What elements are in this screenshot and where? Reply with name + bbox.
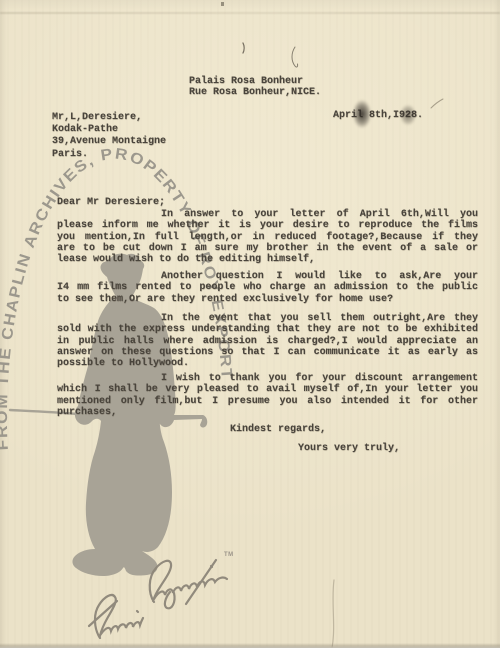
body-paragraph: I wish to thank you for your discount ar… bbox=[57, 373, 478, 418]
text-line: purchases, bbox=[57, 407, 478, 418]
text-line: Another question I would like to ask,Are… bbox=[57, 271, 478, 282]
text-line: mentioned only film,but I presume you al… bbox=[57, 396, 478, 407]
text-line: Kodak-Pathe bbox=[52, 124, 166, 136]
text-line: lease would wish to do the editing himse… bbox=[57, 254, 478, 265]
text-line: In the event that you sell them outright… bbox=[57, 313, 478, 324]
text-line: to see them,Or are they rented exclusive… bbox=[57, 294, 478, 305]
letter-page: FROM THE CHAPLIN ARCHIVES, PROPERTY OF R… bbox=[0, 0, 500, 648]
body-paragraph: Another question I would like to ask,Are… bbox=[57, 271, 478, 305]
text-line: possible to Hollywood. bbox=[57, 358, 478, 369]
text-line: are to be cut down I am sure my brother … bbox=[57, 243, 478, 254]
recipient-address: Mr,L,Deresiere,Kodak-Pathe39,Avenue Mont… bbox=[52, 112, 166, 161]
text-line: answer on these questions so that I can … bbox=[57, 347, 478, 358]
ink-smudge bbox=[397, 101, 419, 129]
body-paragraph: In the event that you sell them outright… bbox=[57, 313, 478, 369]
body-paragraph: In answer to your letter of April 6th,Wi… bbox=[57, 209, 478, 265]
text-line: Rue Rosa Bonheur,NICE. bbox=[189, 87, 321, 98]
text-line: which I shall be very pleased to avail m… bbox=[57, 384, 478, 395]
trademark-symbol: TM bbox=[224, 552, 234, 558]
closing-valediction: Yours very truly, bbox=[298, 443, 400, 454]
salutation: Dear Mr Deresiere; bbox=[57, 197, 165, 208]
text-line: 39,Avenue Montaigne bbox=[52, 136, 166, 148]
text-line: in public halls where admission is charg… bbox=[57, 336, 478, 347]
text-line: Palais Rosa Bonheur bbox=[189, 76, 321, 87]
text-line: I wish to thank you for your discount ar… bbox=[57, 373, 478, 384]
text-line: I4 mm films rented to people who charge … bbox=[57, 282, 478, 293]
paper-bottom-edge bbox=[0, 643, 500, 648]
text-line: you mention,In full length,or in reduced… bbox=[57, 232, 478, 243]
closing-regards: Kindest regards, bbox=[230, 424, 326, 435]
ink-smudge bbox=[349, 96, 375, 136]
text-line: sold with the express understanding that… bbox=[57, 324, 478, 335]
letterhead: Palais Rosa BonheurRue Rosa Bonheur,NICE… bbox=[189, 76, 321, 99]
text-line: please inform me whether it is your desi… bbox=[57, 220, 478, 231]
text-line: In answer to your letter of April 6th,Wi… bbox=[57, 209, 478, 220]
text-line: Paris. bbox=[52, 149, 166, 161]
text-line: Mr,L,Deresiere, bbox=[52, 112, 166, 124]
